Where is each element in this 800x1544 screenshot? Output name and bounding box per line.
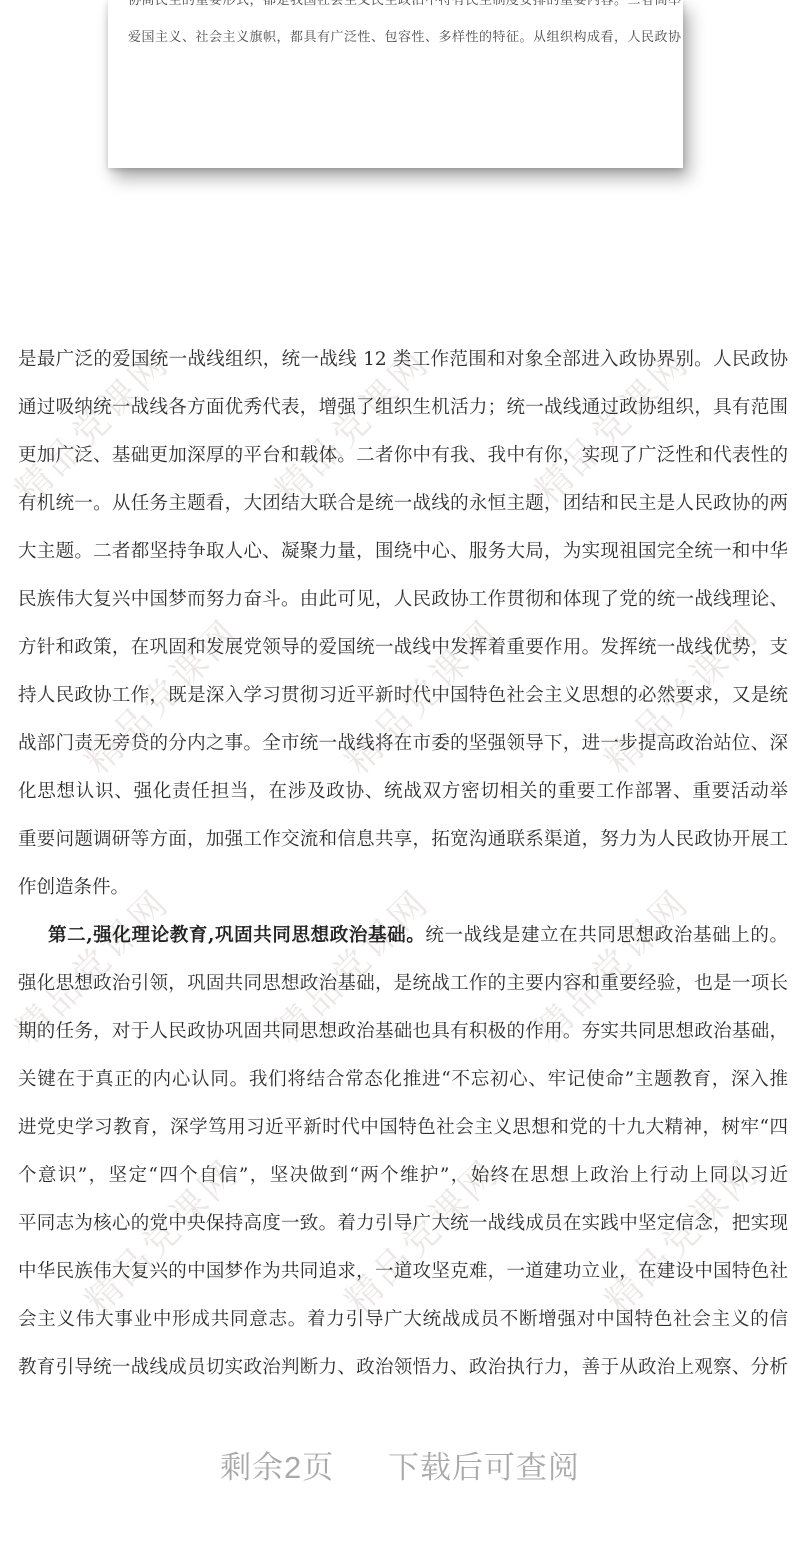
text-run: 教育引导统一战线成员切实政治判断力、政治领悟力、政治执行力，善于从政治上观察、分… (18, 1357, 788, 1378)
text-run: 强化思想政治引领，巩固共同思想政治基础，是统战工作的主要内容和重要经验，也是一项… (18, 973, 788, 994)
paragraph-lead-bold: 第二,强化理论教育,巩固共同思想政治基础。 (48, 925, 425, 946)
text-line: 民族伟大复兴中国梦而努力奋斗。由此可见，人民政协工作贯彻和体现了党的统一战线理论… (18, 576, 788, 624)
text-line: 更加广泛、基础更加深厚的平台和载体。二者你中有我、我中有你，实现了广泛性和代表性… (18, 432, 788, 480)
text-line: 方针和政策，在巩固和发展党领导的爱国统一战线中发挥着重要作用。发挥统一战线优势，… (18, 624, 788, 672)
text-run: 作创造条件。 (18, 877, 129, 898)
text-run: 大主题。二者都坚持争取人心、凝聚力量，围绕中心、服务大局，为实现祖国完全统一和中… (18, 541, 788, 562)
text-run: 战部门责无旁贷的分内之事。全市统一战线将在市委的坚强领导下，进一步提高政治站位、… (18, 733, 788, 754)
text-line: 进党史学习教育，深学笃用习近平新时代中国特色社会主义思想和党的十九大精神，树牢“… (18, 1104, 788, 1152)
text-line: 持人民政协工作，既是深入学习贯彻习近平新时代中国特色社会主义思想的必然要求，又是… (18, 672, 788, 720)
text-run: 会主义伟大事业中形成共同意志。着力引导广大统战成员不断增强对中国特色社会主义的信… (18, 1309, 788, 1344)
text-line: 会主义伟大事业中形成共同意志。着力引导广大统战成员不断增强对中国特色社会主义的信… (18, 1296, 788, 1344)
text-line: 大主题。二者都坚持争取人心、凝聚力量，围绕中心、服务大局，为实现祖国完全统一和中… (18, 528, 788, 576)
text-run: 个意识”，坚定“四个自信”，坚决做到“两个维护”，始终在思想上政治上行动上同以习… (18, 1165, 788, 1186)
text-line: 个意识”，坚定“四个自信”，坚决做到“两个维护”，始终在思想上政治上行动上同以习… (18, 1152, 788, 1200)
text-run: 重要问题调研等方面，加强工作交流和信息共享，拓宽沟通联系渠道，努力为人民政协开展… (18, 829, 788, 850)
text-run: 平同志为核心的党中央保持高度一致。着力引导广大统一战线成员在实践中坚定信念，把实… (18, 1213, 788, 1234)
document-body: 是最广泛的爱国统一战线组织，统一战线 12 类工作范围和对象全部进入政协界别。人… (0, 336, 800, 1392)
text-line: 通过吸纳统一战线各方面优秀代表，增强了组织生机活力；统一战线通过政协组织，具有范… (18, 384, 788, 432)
preview-visible-line: 爱国主义、社会主义旗帜，都具有广泛性、包容性、多样性的特征。从组织构成看，人民政… (128, 30, 663, 46)
text-run: 化思想认识、强化责任担当，在涉及政协、统战双方密切相关的重要工作部署、重要活动举… (18, 781, 788, 816)
text-run: 进党史学习教育，深学笃用习近平新时代中国特色社会主义思想和党的十九大精神，树牢“… (18, 1117, 788, 1138)
text-run: 统一战线是建立在共同思想政治基础上的。 (425, 925, 788, 946)
paragraph: 第二,强化理论教育,巩固共同思想政治基础。统一战线是建立在共同思想政治基础上的。… (18, 912, 788, 1392)
document-page-preview: 协商民主的重要形式，都是我国社会主义民主政治中特有民主制度安排的重要内容。二者高… (108, 0, 683, 168)
text-line: 战部门责无旁贷的分内之事。全市统一战线将在市委的坚强领导下，进一步提高政治站位、… (18, 720, 788, 768)
text-run: 有机统一。从任务主题看，大团结大联合是统一战线的永恒主题，团结和民主是人民政协的… (18, 493, 788, 514)
text-line: 是最广泛的爱国统一战线组织，统一战线 12 类工作范围和对象全部进入政协界别。人… (18, 336, 788, 384)
text-line: 作创造条件。 (18, 864, 788, 912)
text-line: 中华民族伟大复兴的中国梦作为共同追求，一道攻坚克难，一道建功立业，在建设中国特色… (18, 1248, 788, 1296)
text-run: 通过吸纳统一战线各方面优秀代表，增强了组织生机活力；统一战线通过政协组织，具有范… (18, 397, 788, 418)
text-line: 化思想认识、强化责任担当，在涉及政协、统战双方密切相关的重要工作部署、重要活动举… (18, 768, 788, 816)
text-run: 民族伟大复兴中国梦而努力奋斗。由此可见，人民政协工作贯彻和体现了党的统一战线理论… (18, 589, 788, 610)
remaining-pages-hint: 剩余2页 下载后可查阅 (0, 1442, 800, 1487)
download-to-view-hint: 下载后可查阅 (388, 1450, 580, 1485)
text-line: 期的任务，对于人民政协巩固共同思想政治基础也具有积极的作用。夯实共同思想政治基础… (18, 1008, 788, 1056)
preview-clipped-line: 协商民主的重要形式，都是我国社会主义民主政治中特有民主制度安排的重要内容。二者高… (128, 0, 663, 9)
text-line: 重要问题调研等方面，加强工作交流和信息共享，拓宽沟通联系渠道，努力为人民政协开展… (18, 816, 788, 864)
text-line: 强化思想政治引领，巩固共同思想政治基础，是统战工作的主要内容和重要经验，也是一项… (18, 960, 788, 1008)
text-line: 有机统一。从任务主题看，大团结大联合是统一战线的永恒主题，团结和民主是人民政协的… (18, 480, 788, 528)
paragraph: 是最广泛的爱国统一战线组织，统一战线 12 类工作范围和对象全部进入政协界别。人… (18, 336, 788, 912)
text-run: 更加广泛、基础更加深厚的平台和载体。二者你中有我、我中有你，实现了广泛性和代表性… (18, 445, 788, 466)
text-run: 是最广泛的爱国统一战线组织，统一战线 12 类工作范围和对象全部进入政协界别。人… (18, 349, 788, 370)
text-run: 期的任务，对于人民政协巩固共同思想政治基础也具有积极的作用。夯实共同思想政治基础… (18, 1021, 788, 1042)
text-run: 方针和政策，在巩固和发展党领导的爱国统一战线中发挥着重要作用。发挥统一战线优势，… (18, 637, 788, 658)
remaining-pages-count: 剩余2页 (220, 1450, 334, 1485)
text-run: 关键在于真正的内心认同。我们将结合常态化推进“不忘初心、牢记使命”主题教育，深入… (18, 1069, 788, 1090)
text-run: 持人民政协工作，既是深入学习贯彻习近平新时代中国特色社会主义思想的必然要求，又是… (18, 685, 788, 706)
text-line: 第二,强化理论教育,巩固共同思想政治基础。统一战线是建立在共同思想政治基础上的。 (18, 912, 788, 960)
text-line: 关键在于真正的内心认同。我们将结合常态化推进“不忘初心、牢记使命”主题教育，深入… (18, 1056, 788, 1104)
text-line: 平同志为核心的党中央保持高度一致。着力引导广大统一战线成员在实践中坚定信念，把实… (18, 1200, 788, 1248)
text-run: 中华民族伟大复兴的中国梦作为共同追求，一道攻坚克难，一道建功立业，在建设中国特色… (18, 1261, 788, 1282)
text-line: 教育引导统一战线成员切实政治判断力、政治领悟力、政治执行力，善于从政治上观察、分… (18, 1344, 788, 1392)
